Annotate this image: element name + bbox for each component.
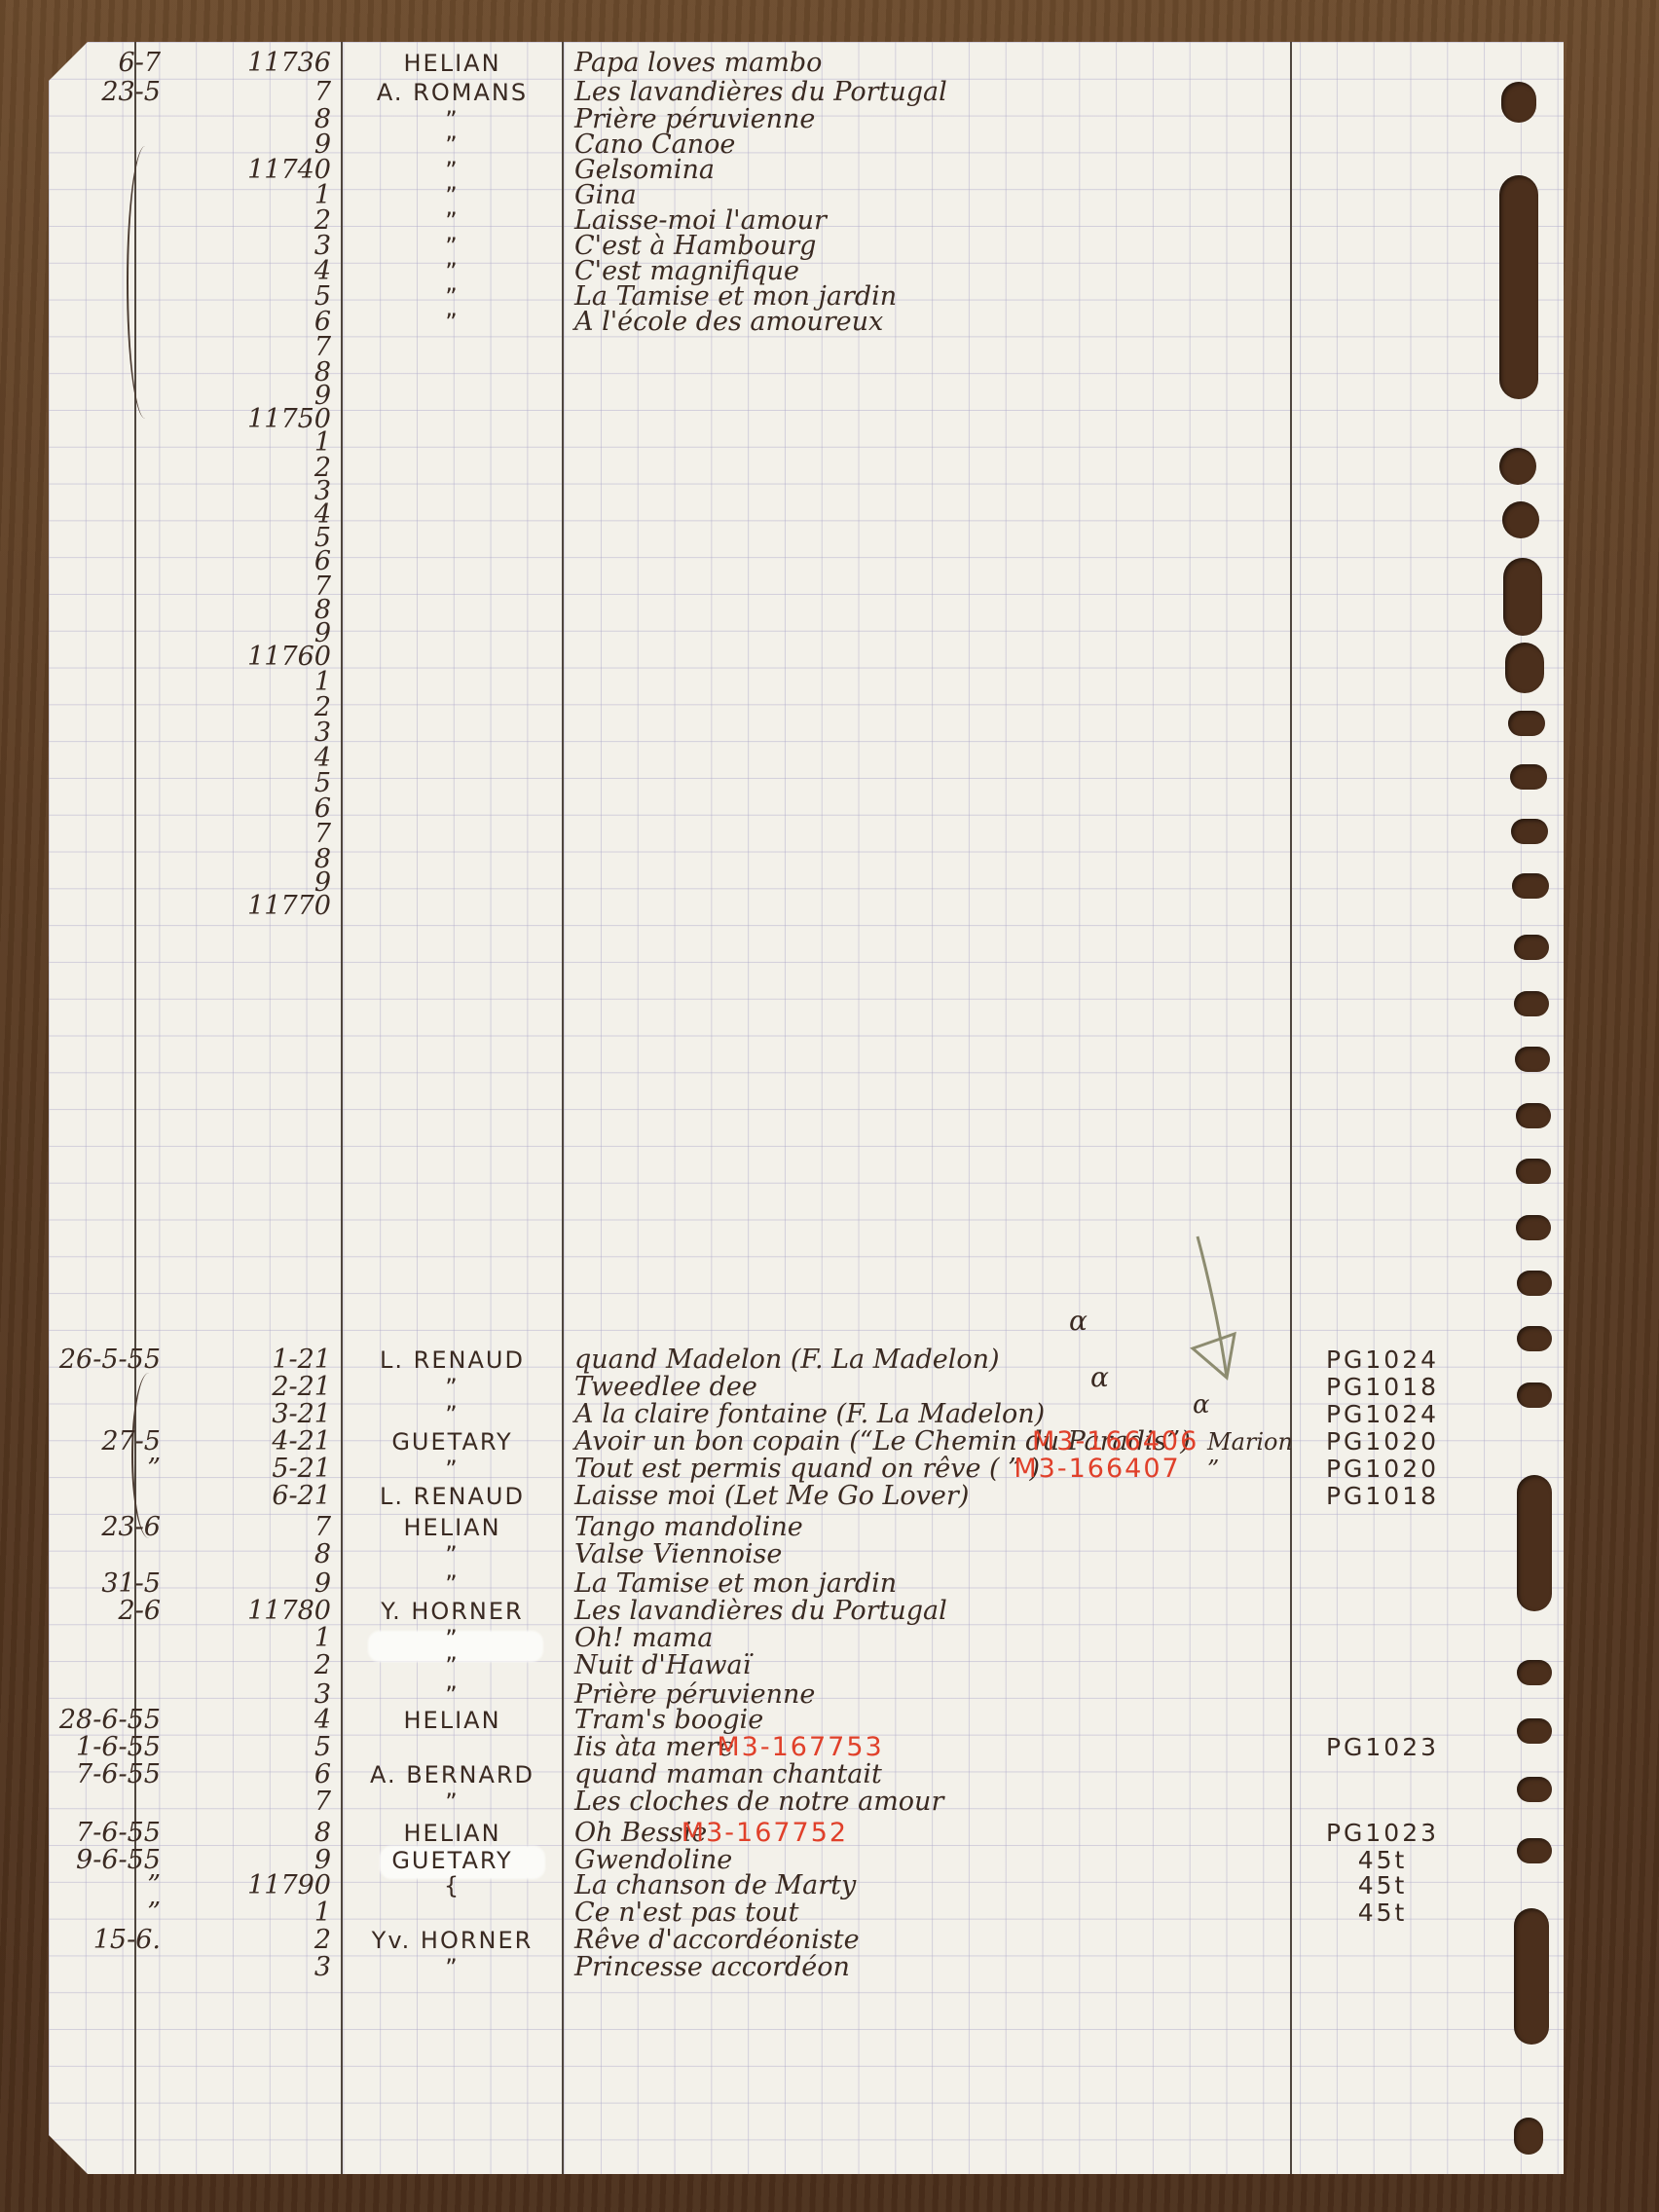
song-title: A la claire fontaine (F. La Madelon) [574, 1400, 1045, 1429]
artist-name: ” [343, 1455, 562, 1484]
song-title: quand maman chantait [574, 1760, 882, 1789]
artist-name: HELIAN [343, 1706, 562, 1735]
artist-name: Y. HORNER [343, 1597, 562, 1626]
artist-name: ” [343, 1953, 562, 1982]
song-title: Tout est permis quand on rêve ( ” ) [574, 1455, 1040, 1484]
song-title: Oh! mama [574, 1624, 713, 1653]
catalogue-number: PG1020 [1305, 1427, 1460, 1456]
binder-hole [1516, 1103, 1551, 1128]
song-title: La chanson de Marty [574, 1871, 856, 1900]
alpha-mark: α [1090, 1363, 1109, 1392]
song-title: Rêve d'accordéoniste [574, 1926, 860, 1955]
artist-name: ” [343, 1400, 562, 1429]
record-number: 7 [136, 1513, 331, 1542]
record-number: 7 [136, 78, 331, 107]
catalogue-number: PG1020 [1305, 1455, 1460, 1484]
binder-hole [1499, 175, 1538, 399]
binder-hole [1517, 1838, 1552, 1863]
song-title: Tram's boogie [574, 1706, 763, 1735]
binder-hole [1514, 935, 1549, 960]
song-title: Nuit d'Hawaï [574, 1651, 751, 1680]
record-number: 5 [136, 1733, 331, 1762]
binder-hole [1516, 1215, 1551, 1240]
record-number: 2 [136, 1926, 331, 1955]
record-number: 7 [136, 1788, 331, 1817]
artist-name: HELIAN [343, 49, 562, 78]
binder-hole [1517, 1718, 1552, 1744]
song-title: Les cloches de notre amour [574, 1788, 943, 1817]
catalogue-number: PG1018 [1305, 1482, 1460, 1511]
song-title: A l'école des amoureux [574, 308, 883, 337]
binder-hole [1501, 82, 1536, 123]
artist-name: HELIAN [343, 1513, 562, 1542]
artist-name: Yv. HORNER [343, 1926, 562, 1955]
record-number: 2 [136, 1651, 331, 1680]
catalogue-number: PG1023 [1305, 1733, 1460, 1762]
binder-hole [1514, 1908, 1549, 2045]
artist-name: { [343, 1871, 562, 1900]
record-number: 11736 [136, 49, 331, 78]
binder-hole [1517, 1326, 1552, 1351]
song-title: Valse Viennoise [574, 1540, 782, 1569]
song-title: La Tamise et mon jardin [574, 1569, 897, 1599]
artist-name: A. ROMANS [343, 78, 562, 107]
artist-name: A. BERNARD [343, 1760, 562, 1789]
artist-name: ” [343, 1540, 562, 1569]
record-number: 1 [136, 1899, 331, 1928]
side-note: ” [1207, 1455, 1219, 1484]
song-title: Ce n'est pas tout [574, 1899, 798, 1928]
binder-hole [1517, 1660, 1552, 1685]
binder-hole [1514, 991, 1549, 1016]
binder-hole [1517, 1271, 1552, 1296]
record-number: 6-21 [136, 1482, 331, 1511]
record-number: 6 [136, 1760, 331, 1789]
binder-hole [1502, 501, 1539, 538]
binder-hole [1503, 558, 1542, 636]
song-title: Tango mandoline [574, 1513, 803, 1542]
binder-hole [1512, 873, 1549, 899]
side-note: Marion [1207, 1427, 1293, 1456]
song-title: Les lavandières du Portugal [574, 1597, 947, 1626]
record-number: 4 [136, 1706, 331, 1735]
artist-name: L. RENAUD [343, 1482, 562, 1511]
record-number: 11780 [136, 1597, 331, 1626]
binder-hole [1505, 643, 1544, 693]
column-divider-artist [562, 42, 564, 2174]
catalogue-number: 45t [1305, 1871, 1460, 1900]
matrix-reference: M3-166407 [1014, 1455, 1180, 1484]
artist-name: ” [343, 1569, 562, 1599]
binder-hole [1508, 711, 1545, 736]
artist-name: L. RENAUD [343, 1346, 562, 1375]
catalogue-number: PG1023 [1305, 1819, 1460, 1848]
record-number: 11790 [136, 1871, 331, 1900]
binder-hole [1511, 819, 1548, 844]
binder-hole [1514, 2118, 1543, 2155]
artist-name: GUETARY [343, 1427, 562, 1456]
catalogue-number: PG1018 [1305, 1373, 1460, 1402]
column-divider-title [1290, 42, 1292, 2174]
binder-hole [1510, 764, 1547, 790]
catalogue-number: PG1024 [1305, 1346, 1460, 1375]
catalogue-number: 45t [1305, 1899, 1460, 1928]
song-title: Princesse accordéon [574, 1953, 850, 1982]
song-title: Tweedlee dee [574, 1373, 757, 1402]
artist-name: ” [343, 1373, 562, 1402]
song-title: quand Madelon (F. La Madelon) [574, 1346, 1000, 1375]
matrix-reference: M3-167752 [682, 1819, 848, 1848]
song-title: Papa loves mambo [574, 49, 822, 78]
alpha-mark: α [1069, 1307, 1088, 1336]
artist-name: ” [343, 1624, 562, 1653]
binder-hole [1515, 1047, 1550, 1072]
pencil-arrow-icon [1178, 1232, 1246, 1387]
binder-hole [1517, 1382, 1552, 1408]
record-number: 4-21 [136, 1427, 331, 1456]
matrix-reference: M3-167753 [717, 1733, 883, 1762]
record-number: 5-21 [136, 1455, 331, 1484]
matrix-reference: M3-166406 [1032, 1427, 1198, 1456]
artist-name: HELIAN [343, 1819, 562, 1848]
record-number: 8 [136, 1819, 331, 1848]
catalogue-number: PG1024 [1305, 1400, 1460, 1429]
record-number: 3 [136, 1953, 331, 1982]
binder-hole [1516, 1159, 1551, 1184]
song-title: Iis àta mere [574, 1733, 734, 1762]
artist-name: ” [343, 308, 562, 337]
record-number: 11770 [136, 892, 331, 921]
record-number: 1-21 [136, 1346, 331, 1375]
alpha-mark: α [1193, 1390, 1210, 1419]
record-number: 1 [136, 1624, 331, 1653]
record-number: 9 [136, 1569, 331, 1599]
record-number: 2-21 [136, 1373, 331, 1402]
binder-hole [1517, 1475, 1552, 1611]
song-title: Laisse moi (Let Me Go Lover) [574, 1482, 969, 1511]
artist-name: ” [343, 1788, 562, 1817]
binder-hole [1499, 448, 1536, 485]
binder-hole [1517, 1777, 1552, 1802]
artist-name: ” [343, 1651, 562, 1680]
song-title: Les lavandières du Portugal [574, 78, 947, 107]
record-number: 8 [136, 1540, 331, 1569]
record-number: 3-21 [136, 1400, 331, 1429]
